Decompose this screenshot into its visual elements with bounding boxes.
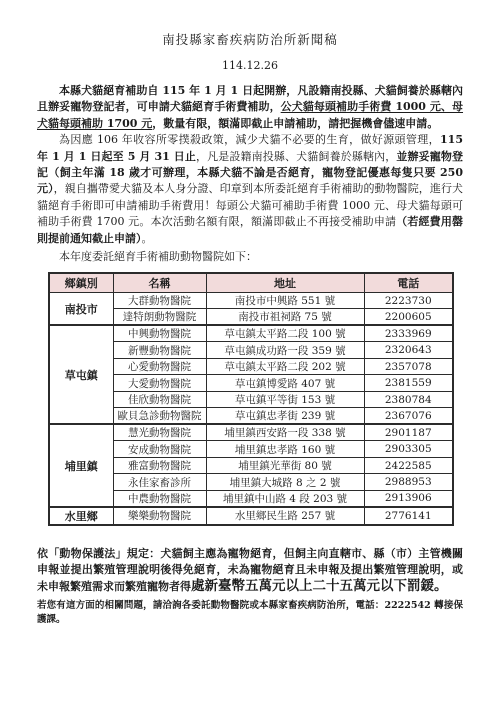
phone-cell: 2381559	[364, 375, 453, 392]
hospital-name-cell: 佳欣動物醫院	[113, 391, 206, 408]
paragraph-subsidy-intro: 本縣犬貓絕育補助自 115 年 1 月 1 日起開辦，凡設籍南投縣、犬貓飼養於縣…	[37, 83, 463, 132]
hospital-table: 鄉鎮別 名稱 地址 電話 南投市大群動物醫院南投市中興路 551 號222373…	[48, 272, 454, 526]
legal-paragraph: 依「動物保護法」規定：犬貓飼主應為寵物絕育，但飼主向直轄市、縣（市）主管機關申報…	[37, 546, 463, 596]
footer-contact-note: 若您有這方面的相關問題，請洽詢各委託動物醫院或本縣家畜疾病防治所，電話：2222…	[37, 599, 463, 628]
page-title: 南投縣家畜疾病防治所新聞稿	[37, 30, 463, 48]
document-date: 114.12.26	[37, 59, 463, 72]
table-row: 埔里鎮慧光動物醫院埔里鎮西安路一段 338 號2901187	[49, 424, 453, 441]
policy-seg-3: ，凡是設籍南投縣、犬貓飼養於縣轄內，	[196, 150, 396, 163]
phone-cell: 2776141	[364, 507, 453, 525]
hospital-name-cell: 樂樂動物醫院	[113, 507, 206, 525]
header-name: 名稱	[113, 273, 206, 292]
hospital-name-cell: 中興動物醫院	[113, 325, 206, 342]
town-cell: 水里鄉	[49, 507, 113, 525]
address-cell: 草屯鎮博愛路 407 號	[206, 375, 364, 392]
hospital-name-cell: 新豐動物醫院	[113, 342, 206, 359]
address-cell: 草屯鎮成功路一段 359 號	[206, 342, 364, 359]
penalty-amount-text: 處新臺幣五萬元以上二十五萬元以下罰鍰。	[191, 578, 448, 594]
press-release-page: 南投縣家畜疾病防治所新聞稿 114.12.26 本縣犬貓絕育補助自 115 年 …	[0, 0, 500, 707]
address-cell: 水里鄉民生路 257 號	[206, 507, 364, 525]
town-cell: 草屯鎮	[49, 325, 113, 424]
phone-cell: 2380784	[364, 391, 453, 408]
header-town: 鄉鎮別	[49, 273, 113, 292]
phone-cell: 2320643	[364, 342, 453, 359]
hospital-name-cell: 永佳家畜診所	[113, 474, 206, 491]
town-cell: 埔里鎮	[49, 424, 113, 507]
address-cell: 埔里鎮西安路一段 338 號	[206, 424, 364, 441]
hospital-table-body: 南投市大群動物醫院南投市中興路 551 號2223730達特朗動物醫院南投市祖祠…	[49, 292, 453, 525]
phone-cell: 2333969	[364, 325, 453, 342]
policy-seg-7: 。	[142, 232, 153, 245]
header-address: 地址	[206, 273, 364, 292]
address-cell: 埔里鎮大城路 8 之 2 號	[206, 474, 364, 491]
phone-cell: 2367076	[364, 408, 453, 425]
address-cell: 埔里鎮中山路 4 段 203 號	[206, 490, 364, 507]
hospital-name-cell: 心愛動物醫院	[113, 358, 206, 375]
address-cell: 草屯鎮太平路二段 100 號	[206, 325, 364, 342]
hospital-name-cell: 安成動物醫院	[113, 441, 206, 458]
table-intro: 本年度委託絕育手術補助動物醫院如下：	[37, 249, 463, 265]
hospital-name-cell: 歐貝急診動物醫院	[113, 408, 206, 425]
header-phone: 電話	[364, 273, 453, 292]
paragraph-intro-tail: ，數量有限，額滿即截止申請補助，請把握機會儘速申請。	[152, 117, 438, 130]
address-cell: 草屯鎮忠孝街 239 號	[206, 408, 364, 425]
phone-cell: 2903305	[364, 441, 453, 458]
phone-cell: 2901187	[364, 424, 453, 441]
hospital-name-cell: 大群動物醫院	[113, 292, 206, 309]
address-cell: 南投市祖祠路 75 號	[206, 309, 364, 326]
address-cell: 埔里鎮忠孝路 160 號	[206, 441, 364, 458]
address-cell: 草屯鎮平等街 153 號	[206, 391, 364, 408]
table-row: 草屯鎮中興動物醫院草屯鎮太平路二段 100 號2333969	[49, 325, 453, 342]
hospital-name-cell: 雅富動物醫院	[113, 457, 206, 474]
phone-cell: 2200605	[364, 309, 453, 326]
hospital-table-header: 鄉鎮別 名稱 地址 電話	[49, 273, 453, 292]
hospital-name-cell: 中農動物醫院	[113, 490, 206, 507]
phone-cell: 2913906	[364, 490, 453, 507]
phone-cell: 2357078	[364, 358, 453, 375]
address-cell: 南投市中興路 551 號	[206, 292, 364, 309]
table-row: 水里鄉樂樂動物醫院水里鄉民生路 257 號2776141	[49, 507, 453, 525]
paragraph-policy-detail: 為因應 106 年收容所零撲殺政策，減少犬貓不必要的生育，做好源頭管理，115 …	[37, 132, 463, 247]
table-row: 南投市大群動物醫院南投市中興路 551 號2223730	[49, 292, 453, 309]
address-cell: 埔里鎮光華街 80 號	[206, 457, 364, 474]
phone-cell: 2223730	[364, 292, 453, 309]
hospital-name-cell: 達特朗動物醫院	[113, 309, 206, 326]
hospital-name-cell: 慧光動物醫院	[113, 424, 206, 441]
policy-seg-1: 為因應 106 年收容所零撲殺政策，減少犬貓不必要的生育，做好源頭管理，	[59, 133, 440, 146]
town-cell: 南投市	[49, 292, 113, 325]
hospital-name-cell: 大愛動物醫院	[113, 375, 206, 392]
phone-cell: 2422585	[364, 457, 453, 474]
header-row: 鄉鎮別 名稱 地址 電話	[49, 273, 453, 292]
address-cell: 草屯鎮太平路二段 202 號	[206, 358, 364, 375]
phone-cell: 2988953	[364, 474, 453, 491]
